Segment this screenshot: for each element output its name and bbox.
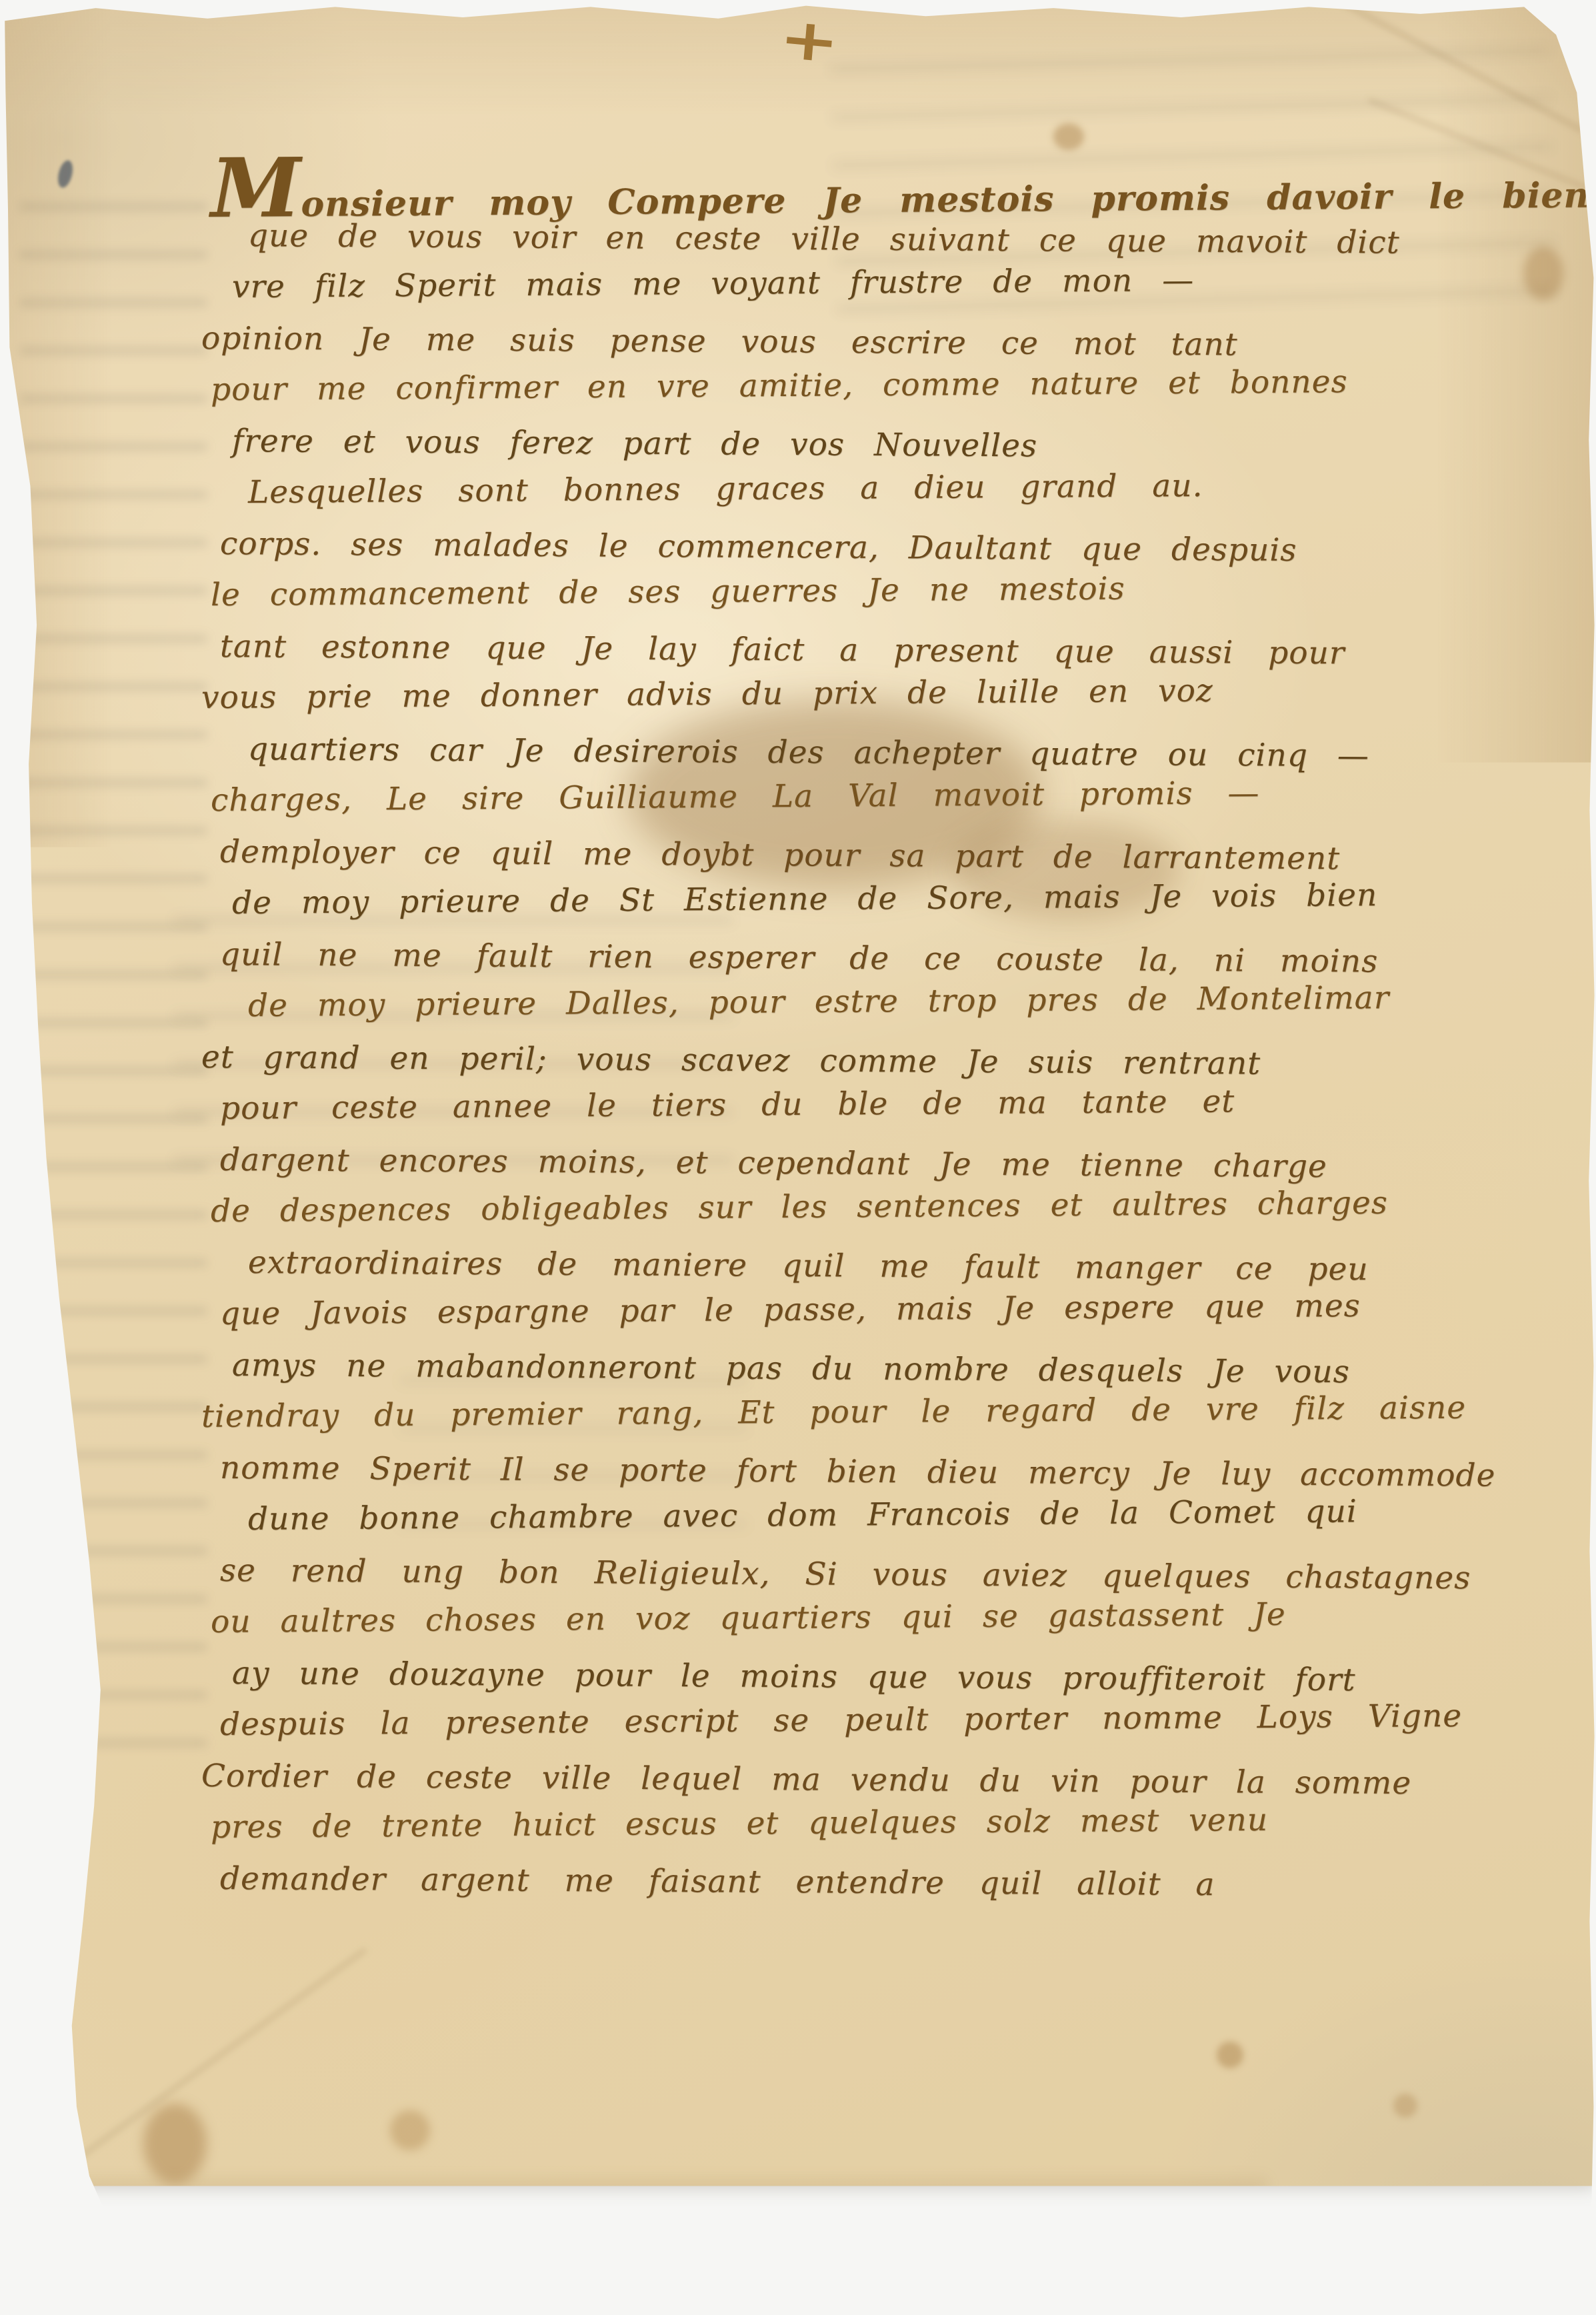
handwritten-line: le commancement de ses guerres Je ne mes… <box>211 561 1487 621</box>
fox-stain <box>1267 2272 1303 2292</box>
handwritten-line: vre filz Sperit mais me voyant frustre d… <box>232 253 1487 313</box>
fox-stain <box>527 2200 580 2257</box>
handwritten-line: de moy prieure de St Estienne de Sore, m… <box>232 869 1487 929</box>
fox-stain <box>1053 123 1084 150</box>
handwritten-line: Monsieur moy Compere Je mestois promis d… <box>211 150 1487 210</box>
fox-stain <box>1393 2094 1417 2118</box>
paper-crease <box>73 1948 367 2162</box>
handwritten-line: charges, Le sire Guilliaume La Val mavoi… <box>211 766 1487 826</box>
handwritten-line: demander argent me faisant entendre quil… <box>220 1853 1487 1912</box>
handwritten-line: de moy prieure Dalles, pour estre trop p… <box>248 971 1487 1031</box>
handwritten-line: dune bonne chambre avec dom Francois de … <box>248 1485 1487 1545</box>
handwritten-line: de despences obligeables sur les sentenc… <box>211 1177 1487 1237</box>
paper-crease <box>1335 0 1585 133</box>
invocation-cross-mark: + <box>777 4 843 76</box>
handwritten-line: tiendray du premier rang, Et pour le reg… <box>201 1382 1487 1442</box>
paper-fleck <box>55 159 75 189</box>
handwritten-line: despuis la presente escript se peult por… <box>220 1690 1487 1750</box>
handwritten-line: ou aultres choses en voz quartiers qui s… <box>211 1588 1487 1648</box>
fox-stain <box>143 2104 207 2184</box>
paper-sheet: + Monsieur moy Compere Je mestois promis… <box>0 0 1596 2315</box>
handwritten-line: Lesquelles sont bonnes graces a dieu gra… <box>248 458 1487 518</box>
fox-stain <box>1523 247 1563 300</box>
handwritten-line: pres de trente huict escus et quelques s… <box>211 1793 1487 1853</box>
bleedthrough-ghost-text <box>20 173 207 1774</box>
handwritten-line: que Javois espargne par le passe, mais J… <box>220 1280 1487 1340</box>
paper-fold-shadow <box>0 2179 1267 2207</box>
handwritten-line: pour me confirmer en vre amitie, comme n… <box>211 355 1487 415</box>
handwritten-line: vous prie me donner advis du prix de lui… <box>201 663 1487 723</box>
handwritten-line: pour ceste annee le tiers du ble de ma t… <box>220 1074 1487 1134</box>
fox-stain <box>390 2110 430 2150</box>
manuscript-scan: + Monsieur moy Compere Je mestois promis… <box>0 0 1596 2315</box>
fox-stain <box>1217 2042 1243 2068</box>
letter-body: Monsieur moy Compere Je mestois promis d… <box>220 159 1487 1904</box>
